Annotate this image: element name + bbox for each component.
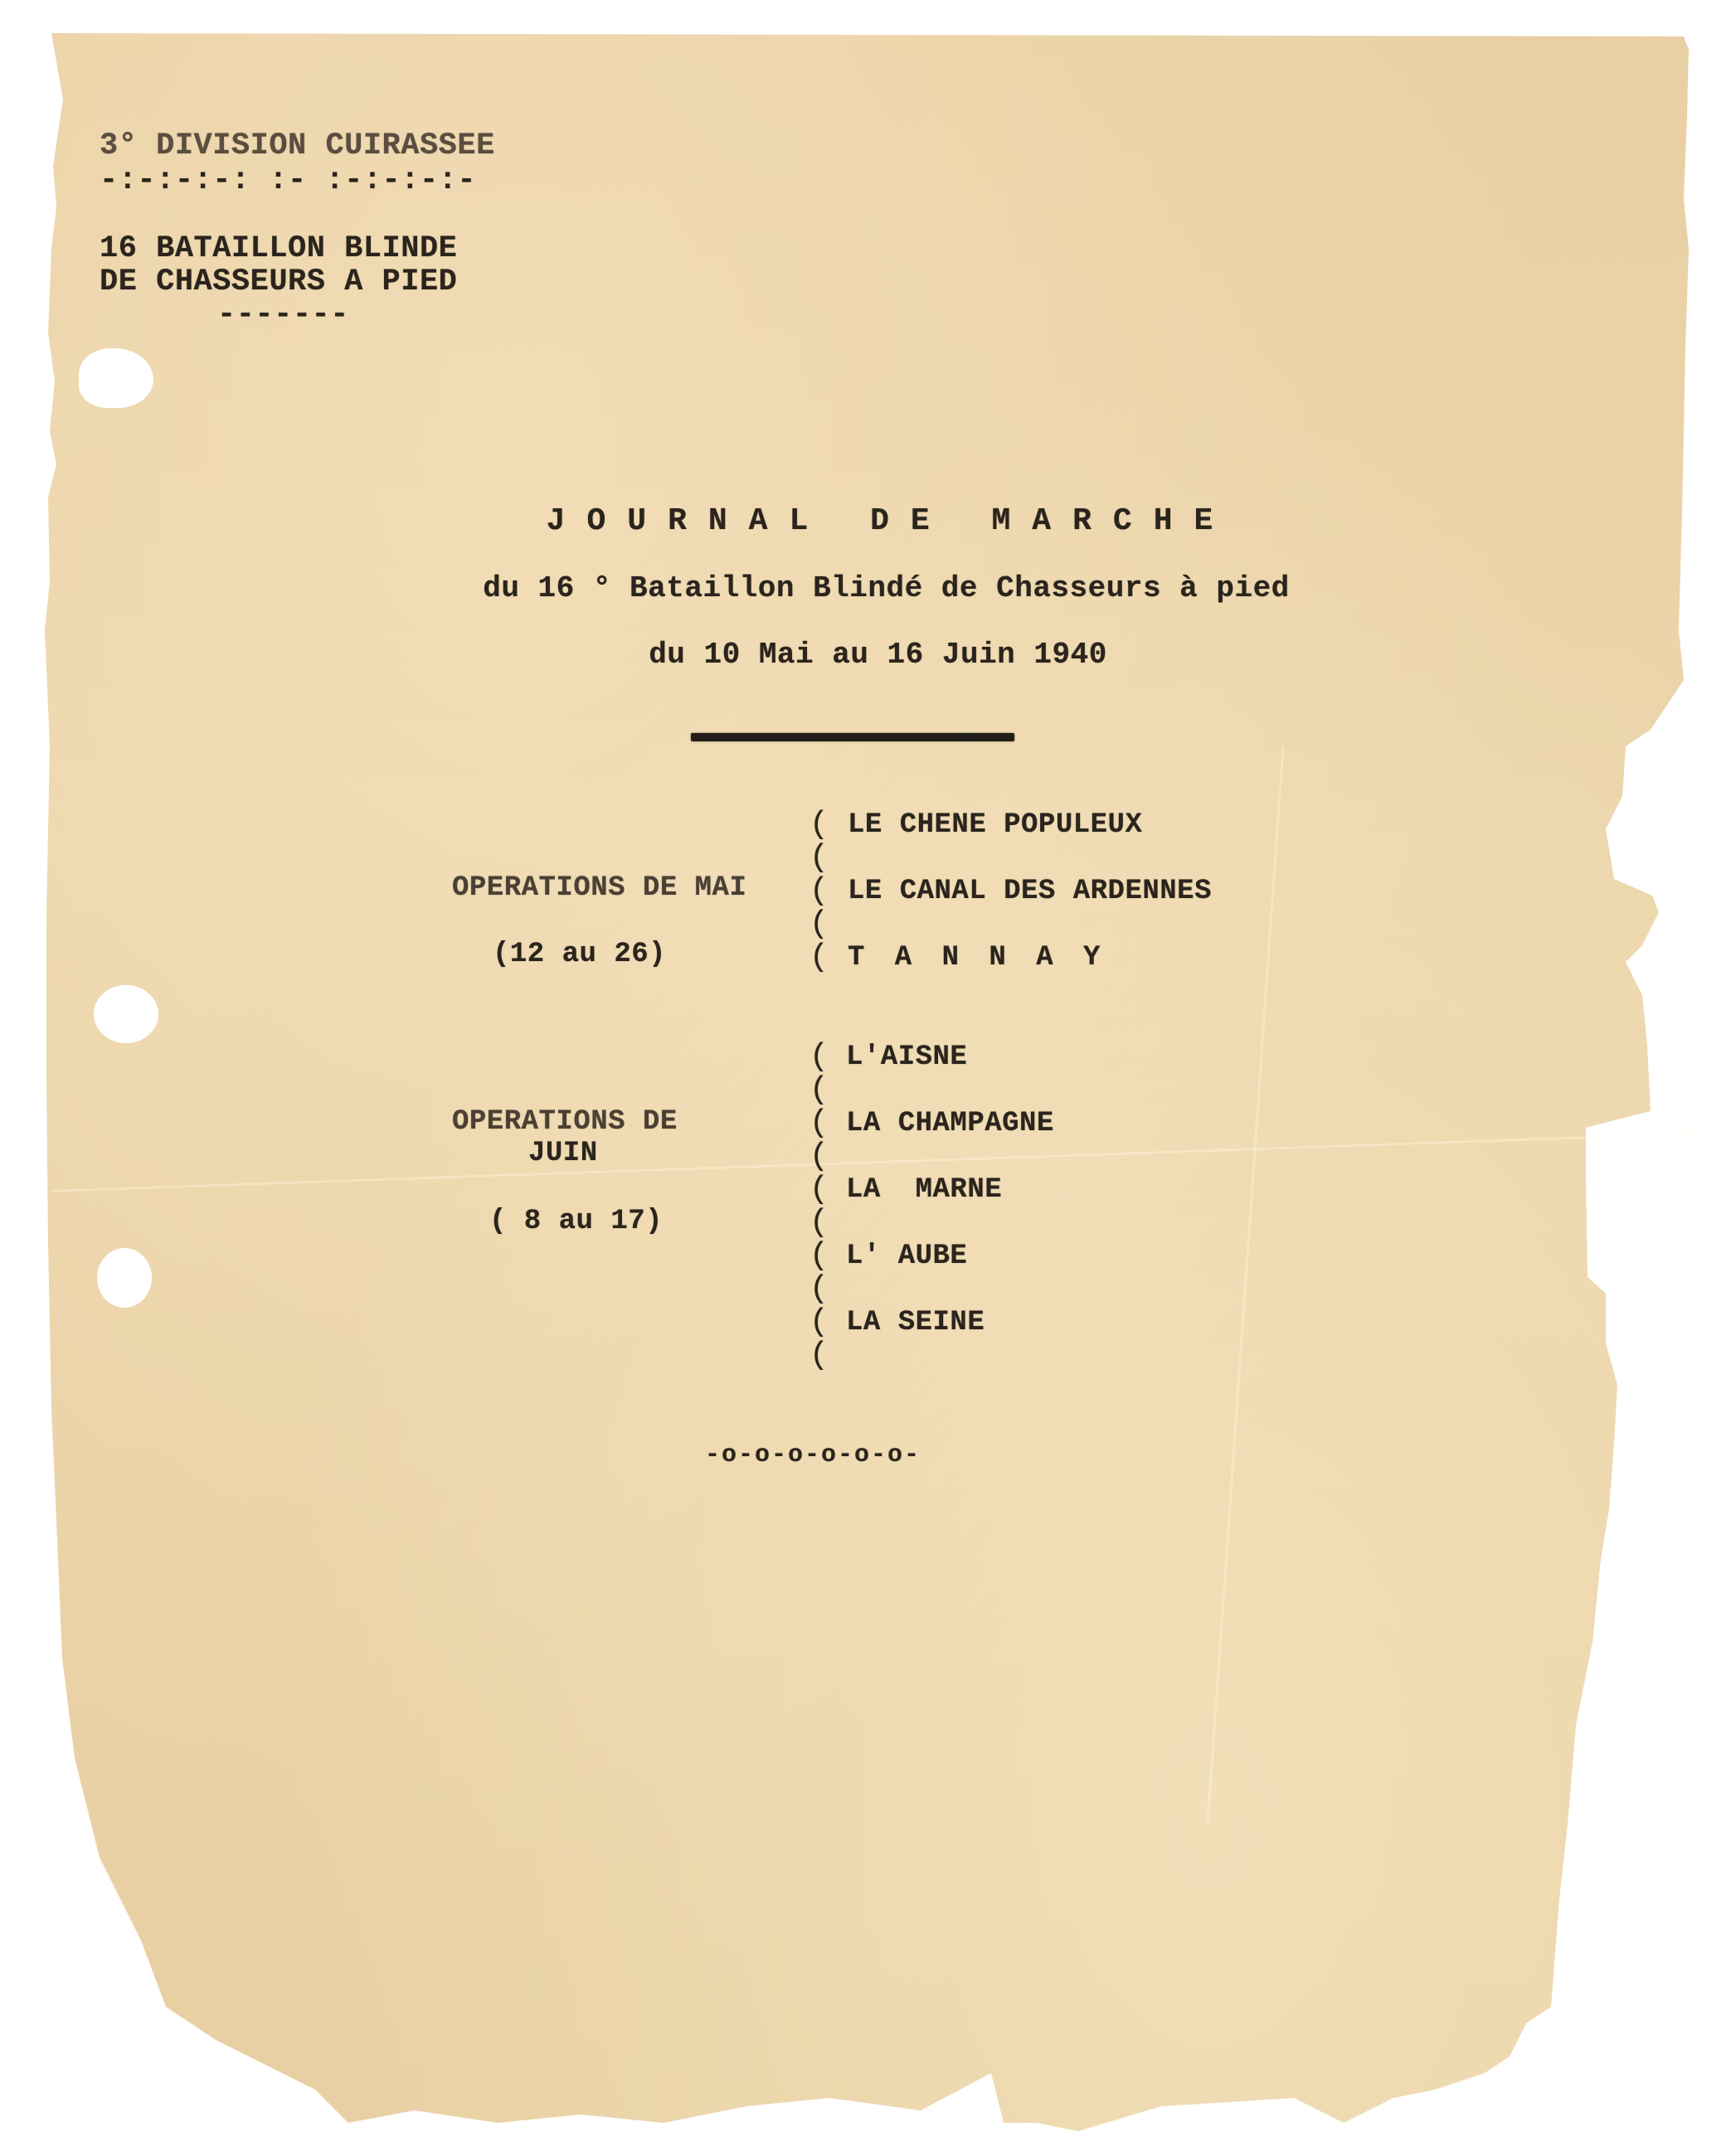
operations-may-dates: (12 au 26)	[493, 940, 666, 969]
bracket-glyph: (	[810, 1274, 829, 1305]
bracket-glyph: (	[810, 1141, 829, 1173]
bracket-glyph: (	[810, 1174, 829, 1206]
division-separator: -:-:-:-: :- :-:-:-:-	[100, 166, 476, 197]
place-item: LA MARNE	[846, 1176, 1002, 1204]
bracket-glyph: (	[810, 909, 829, 940]
bracket-glyph: (	[810, 1207, 829, 1239]
bracket-glyph: (	[810, 1307, 829, 1338]
place-item: LE CANAL DES ARDENNES	[848, 877, 1212, 906]
bracket-glyph: (	[810, 942, 829, 974]
battalion-heading-line1: 16 BATAILLON BLINDE	[100, 234, 457, 265]
place-item: L'AISNE	[846, 1043, 967, 1071]
operations-june-label: OPERATIONS DE	[452, 1108, 678, 1136]
place-item: LA CHAMPAGNE	[846, 1110, 1054, 1138]
bracket-glyph: (	[810, 1075, 829, 1106]
place-item: LE CHENE POPULEUX	[848, 811, 1142, 839]
title-rule	[691, 733, 1014, 741]
battalion-heading-line2: DE CHASSEURS A PIED	[100, 267, 457, 298]
bracket-glyph: (	[810, 1241, 829, 1272]
punch-hole	[94, 985, 158, 1043]
bracket-glyph: (	[810, 809, 829, 841]
bracket-glyph: (	[810, 876, 829, 907]
bracket-glyph: (	[810, 1042, 829, 1073]
place-item: LA SEINE	[846, 1309, 985, 1337]
place-item: T A N N A Y	[848, 944, 1106, 972]
document-title: JOURNAL DE MARCHE	[0, 506, 1731, 537]
place-item: L' AUBE	[846, 1242, 967, 1270]
operations-may-label: OPERATIONS DE MAI	[452, 874, 746, 902]
document-subtitle: du 16 ° Bataillon Blindé de Chasseurs à …	[0, 574, 1731, 604]
bracket-glyph: (	[810, 1340, 829, 1372]
document-date-range: du 10 Mai au 16 Juin 1940	[0, 640, 1731, 670]
bracket-glyph: (	[810, 842, 829, 874]
footer-ornament: -o-o-o-o-o-o-	[705, 1443, 921, 1468]
battalion-underline: -------	[217, 300, 349, 331]
punch-hole	[97, 1248, 152, 1308]
division-heading: 3° DIVISION CUIRASSEE	[100, 131, 495, 162]
bracket-glyph: (	[810, 1108, 829, 1139]
operations-june-label-line2: JUIN	[528, 1139, 598, 1168]
torn-punch-hole	[79, 348, 153, 408]
operations-june-dates: ( 8 au 17)	[489, 1207, 663, 1236]
